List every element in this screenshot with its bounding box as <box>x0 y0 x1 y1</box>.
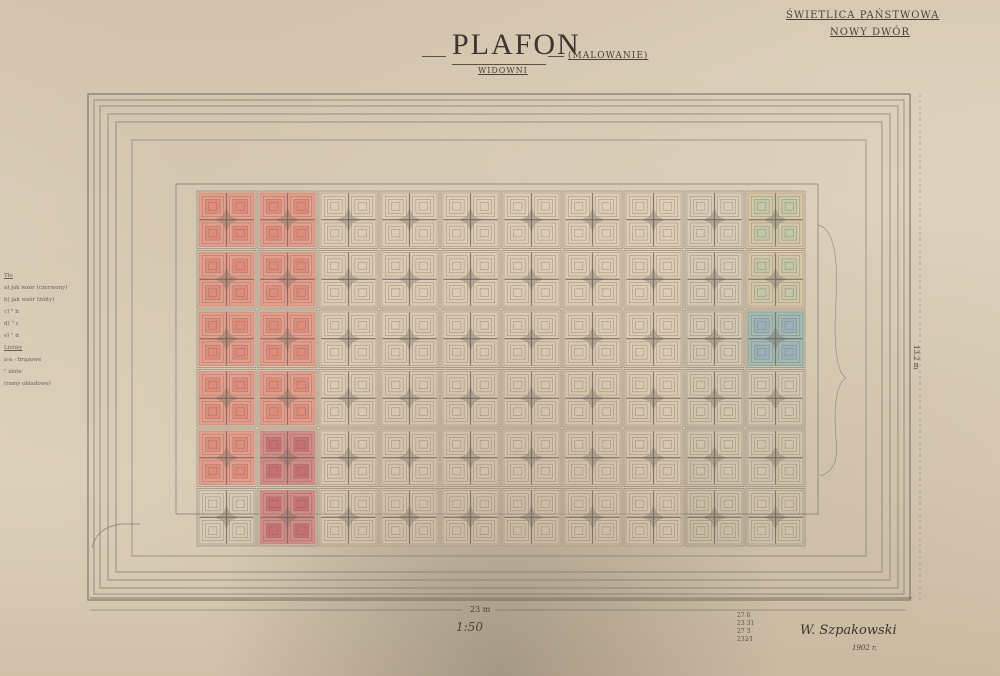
drawing-subtitle: (MALOWANIE) <box>568 51 648 61</box>
legend-heading-2: Listwy <box>4 342 88 354</box>
legend-item: a-a - brązowe <box>4 354 88 366</box>
legend-item: (ramy okładowe) <box>4 378 88 390</box>
drawing-subtitle-secondary: WIDOWNI <box>478 66 528 75</box>
legend-item: b) jak wzór (żółty) <box>4 294 88 306</box>
width-dimension: 23 m <box>470 605 490 614</box>
place-name-line-2: NOWY DWÓR <box>830 27 910 38</box>
height-dimension: 13.2 m <box>912 345 920 369</box>
pencil-calculations: 27 6 23 31 27 3 232⁄1 <box>737 612 754 644</box>
legend-heading: Tło <box>4 270 88 282</box>
legend-item: " złote <box>4 366 88 378</box>
legend-item: c) " b <box>4 306 88 318</box>
legend-item: e) " d <box>4 330 88 342</box>
title-rule-left <box>422 56 446 57</box>
legend-item: a) jak wzór (czerwony) <box>4 282 88 294</box>
place-name-line-1: ŚWIETLICA PAŃSTWOWA <box>786 10 939 21</box>
signature-date: 1902 r. <box>852 644 877 652</box>
legend-item: d) " c <box>4 318 88 330</box>
drawing-title: PLAFON <box>452 28 581 62</box>
ceiling-plan-drawing <box>0 0 1000 676</box>
signature: W. Szpakowski <box>800 623 897 638</box>
color-legend: Tło a) jak wzór (czerwony) b) jak wzór (… <box>4 270 88 390</box>
title-underline <box>452 64 546 65</box>
scale-label: 1:50 <box>456 620 483 634</box>
